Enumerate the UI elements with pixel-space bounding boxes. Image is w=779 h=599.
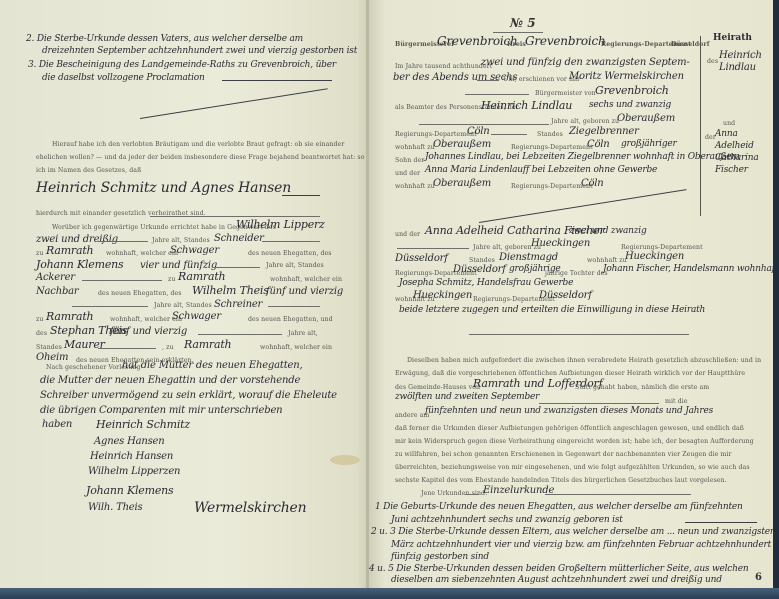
- document-item-1-cont: Juni achtzehnhundert sechs und zwanzig g…: [391, 515, 623, 525]
- printed-son-of: Sohn der: [395, 157, 424, 164]
- fill-rule: [222, 80, 332, 81]
- note-line-3: 3. Die Bescheinigung des Landgemeinde-Ra…: [28, 60, 336, 70]
- margin-heading: Heirath: [713, 33, 752, 43]
- bride-parents-dept: Düsseldorf: [539, 290, 592, 301]
- banns-line-3: des Gemeinde-Hauses von: [395, 384, 480, 391]
- printed-dept: Regierungs-Departement: [511, 144, 593, 151]
- groom-birth-dept: Cöln: [467, 126, 490, 137]
- witness-4-residence: Ramrath: [184, 338, 231, 351]
- printed-residing: wohnhaft zu: [395, 144, 435, 151]
- groom-residence-dept: Cöln: [587, 139, 610, 150]
- banns-line-4: Statt gehabt haben, nämlich die erste am: [575, 384, 709, 391]
- number-underline: [493, 32, 543, 33]
- witness-2-residence: Ramrath: [178, 270, 225, 283]
- documents-value: Einzelurkunde: [483, 485, 554, 496]
- witness-3-age: fünf und vierzig: [266, 286, 343, 297]
- printed-and-the: und der: [395, 231, 420, 238]
- witness-4-age: fünf und vierzig: [110, 326, 187, 337]
- groom-status: großjähriger: [621, 139, 677, 149]
- left-page: 2. Die Sterbe-Urkunde dessen Vaters, aus…: [0, 0, 368, 590]
- fill-rule: [198, 334, 282, 335]
- year-value: zwei und fünfzig den zwanzigsten Septem-: [481, 57, 690, 68]
- printed-standes: Standes: [36, 344, 62, 351]
- closing-slash: [479, 189, 687, 223]
- groom-parents-residence: Oberaußem: [433, 178, 491, 189]
- bride-father: Johann Fischer, Handelsmann wohnhaft zu …: [603, 264, 779, 274]
- printed-years: Jahre alt, Standes: [266, 262, 324, 269]
- couple-names: Heinrich Schmitz und Agnes Hansen: [36, 180, 291, 196]
- printed-born-at: Jahre alt, geboren zu: [551, 118, 619, 125]
- printed-years: Jahre alt, Standes: [154, 302, 212, 309]
- note-line-1: 2. Die Sterbe-Urkunde dessen Vaters, aus…: [26, 34, 303, 44]
- witness-3-relation: Schwager: [172, 311, 221, 322]
- printed-question-2: ehelichen wollen? — und da jeder der bei…: [36, 154, 390, 161]
- fill-rule: [72, 306, 148, 307]
- witness-4-relation: Oheim: [36, 352, 68, 363]
- fill-rule: [98, 241, 148, 242]
- mayor-value: Grevenbroich: [437, 34, 518, 48]
- groom-name: Heinrich Lindlau: [481, 99, 572, 112]
- book-bottom-edge: [0, 588, 779, 599]
- fill-rule: [98, 348, 156, 349]
- banns-line-8: mir kein Widerspruch gegen diese Verheir…: [395, 438, 754, 445]
- banns-first: zwölften und zweiten September: [395, 392, 539, 402]
- fill-rule: [262, 241, 320, 242]
- fill-rule: [82, 280, 162, 281]
- printed-and-of: und der: [395, 170, 420, 177]
- bride-occupation: Dienstmagd: [499, 252, 558, 263]
- groom-age: sechs und zwanzig: [589, 100, 671, 110]
- witness-4-occupation: Maurer: [64, 338, 105, 351]
- signature-witness-4: Wilh. Theis: [88, 502, 142, 513]
- time-value: ber des Abends um sechs: [393, 72, 517, 83]
- banns-line-5: mit die: [665, 398, 688, 405]
- banns-line-11: sechste Kapitel des vom Ehestande handel…: [395, 477, 727, 484]
- official-name: Moritz Wermelskirchen: [569, 71, 684, 82]
- bride-age: zwei und zwanzig: [569, 226, 647, 236]
- fill-rule: [465, 94, 529, 95]
- fill-rule: [477, 80, 499, 81]
- groom-birthplace: Oberaußem: [617, 113, 675, 124]
- bride-birthplace: Hueckingen: [531, 238, 590, 249]
- bride-mother: Josepha Schmitz, Handelsfrau Gewerbe: [399, 278, 573, 288]
- printed-to: zu: [168, 276, 175, 283]
- banns-line-2: Erwägung, daß die vorgeschriebenen öffen…: [395, 370, 745, 377]
- fill-rule: [545, 494, 691, 495]
- closing-line-5: haben: [42, 419, 72, 430]
- printed-dept: Regierungs-Departement: [395, 131, 477, 138]
- bride-parents-residence: Hueckingen: [413, 290, 472, 301]
- bride-residence-dept: Düsseldorf: [453, 264, 506, 275]
- printed-residing: wohnhaft, welcher ein: [260, 344, 332, 351]
- printed-of-spouse: des neuen Ehegatten, des: [248, 250, 332, 257]
- dept-value: Düsseldorf: [671, 41, 710, 48]
- fill-rule: [465, 494, 479, 495]
- printed-of-spouse: des neuen Ehegatten, des: [98, 290, 182, 297]
- document-item-4: 4 u. 5 Die Sterbe-Urkunden dessen beiden…: [369, 564, 748, 574]
- document-item-2-cont2: fünfzig gestorben sind: [391, 552, 489, 562]
- banns-line-1: Dieselben haben mich aufgefordert die zw…: [407, 357, 761, 364]
- printed-to: zu: [36, 250, 43, 257]
- signature-witness-3: Johann Klemens: [86, 484, 173, 497]
- page-number: 6: [755, 572, 762, 583]
- right-page: № 5 Bürgermeisterei Grevenbroich Kreis G…: [369, 0, 773, 590]
- official-label: Bürgermeister von: [535, 90, 596, 97]
- document-item-2: 2 u. 3 Die Sterbe-Urkunde dessen Eltern,…: [371, 527, 776, 537]
- district-label: Kreis: [507, 41, 526, 48]
- banns-line-7: daß ferner die Urkunden dieser Aufbietun…: [395, 425, 744, 432]
- witness-1-residence: Ramrath: [46, 244, 93, 257]
- groom-residence: Oberaußem: [433, 139, 491, 150]
- groom-mother: Anna Maria Lindenlauff bei Lebzeiten ohn…: [425, 165, 657, 175]
- printed-residing: wohnhaft zu: [395, 183, 435, 190]
- witness-2-occupation: Ackerer: [36, 272, 75, 283]
- printed-years-alt: Jahre alt,: [288, 330, 318, 337]
- signature-bride: Agnes Hansen: [94, 436, 165, 447]
- year-label: Im Jahre tausend achthundert: [395, 63, 492, 70]
- signature-groom: Heinrich Schmitz: [96, 418, 190, 431]
- witness-1-occupation: Schneider: [214, 233, 264, 244]
- witness-3-name: Wilhelm Theis: [192, 284, 269, 297]
- fill-rule: [268, 306, 320, 307]
- witness-2-name: Johann Klemens: [36, 258, 123, 271]
- book-edge: [773, 0, 779, 599]
- document-item-2-cont: März achtzehnhundert vier und vierzig bz…: [391, 540, 771, 550]
- witness-2-relation: Nachbar: [36, 286, 79, 297]
- margin-groom-name: Heinrich Lindlau: [719, 50, 769, 74]
- printed-residing: wohnhaft, welcher ein: [270, 276, 342, 283]
- fill-rule: [539, 403, 659, 404]
- printed-to-comma: , zu: [162, 344, 174, 351]
- printed-years: Jahre alt, Standes: [152, 237, 210, 244]
- fill-rule: [397, 248, 469, 249]
- witness-3-occupation: Schreiner: [214, 299, 262, 310]
- banns-line-10: überreichten, beziehungsweise von mir ei…: [395, 464, 750, 471]
- margin-and: und: [723, 120, 735, 127]
- printed-daughter-of: jährige Tochter des: [545, 270, 608, 277]
- closing-line-3: Schreiber unvermögend zu sein erklärt, w…: [40, 390, 337, 401]
- official-place: Grevenbroich: [595, 84, 669, 97]
- fill-rule: [212, 267, 260, 268]
- printed-question-3: ich im Namen des Gesetzes, daß: [36, 167, 141, 174]
- printed-residing: wohnhaft, welcher ein: [106, 250, 178, 257]
- closing-line-2: die Mutter der neuen Ehegattin und der v…: [40, 375, 300, 386]
- district-value: Grevenbroich: [525, 34, 606, 48]
- note-line-2: dreizehnten September achtzehnhundert zw…: [42, 46, 357, 56]
- fill-rule: [419, 124, 549, 125]
- bride-birth-dept: Düsseldorf: [395, 253, 448, 264]
- fill-rule: [282, 195, 320, 196]
- fill-rule: [491, 134, 527, 135]
- document-spread: 2. Die Sterbe-Urkunde dessen Vaters, aus…: [0, 0, 779, 590]
- note-line-4: die daselbst vollzogene Proclamation: [42, 73, 205, 83]
- printed-of-spouse-and: des neuen Ehegatten, und: [248, 316, 333, 323]
- document-item-1: 1 Die Geburts-Urkunde des neuen Ehegatte…: [375, 502, 743, 512]
- margin-bride-name: Anna Adelheid Catharina Fischer: [715, 128, 771, 176]
- witness-3-residence: Ramrath: [46, 310, 93, 323]
- document-item-4-cont: dieselben am siebenzehnten August achtze…: [391, 575, 722, 585]
- fill-rule: [685, 522, 757, 523]
- printed-to: zu: [36, 316, 43, 323]
- bride-residence: Hueckingen: [625, 251, 684, 262]
- margin-divider: [700, 36, 701, 216]
- signature-witness-2: Wilhelm Lipperzen: [88, 466, 180, 477]
- printed-standes: Standes: [537, 131, 563, 138]
- margin-groom-prefix: des: [707, 58, 718, 65]
- groom-parents-dept: Cöln: [581, 178, 604, 189]
- closing-line-1: hat die Mutter des neuen Ehegatten,: [122, 360, 302, 371]
- printed-of-the: des: [36, 330, 47, 337]
- record-number: № 5: [510, 16, 536, 30]
- witness-1-relation: Schwager: [170, 245, 219, 256]
- banns-second: fünfzehnten und neun und zwanzigsten die…: [425, 406, 713, 416]
- printed-question-1: Hierauf habe ich den verlobten Bräutigam…: [52, 141, 344, 148]
- printed-dept: Regierungs-Departement: [621, 244, 703, 251]
- fill-rule: [469, 334, 689, 335]
- banns-line-9: zu willfahren, bei schon genannten Ersch…: [395, 451, 732, 458]
- printed-residing: wohnhaft zu: [587, 257, 627, 264]
- signature-registrar: Wermelskirchen: [194, 500, 306, 516]
- closing-line-4: die übrigen Comparenten mit mir untersch…: [40, 405, 282, 416]
- groom-occupation: Ziegelbrenner: [569, 126, 639, 137]
- groom-father: Johannes Lindlau, bei Lebzeiten Ziegelbr…: [425, 152, 740, 162]
- signature-witness-1: Heinrich Hansen: [90, 451, 173, 462]
- fill-rule: [150, 216, 320, 217]
- closing-slash: [140, 88, 328, 119]
- printed-standes: Standes: [469, 257, 495, 264]
- witness-1-name: Wilhelm Lipperz: [236, 218, 325, 231]
- bride-consent: beide letztere zugegen und erteilten die…: [399, 305, 705, 315]
